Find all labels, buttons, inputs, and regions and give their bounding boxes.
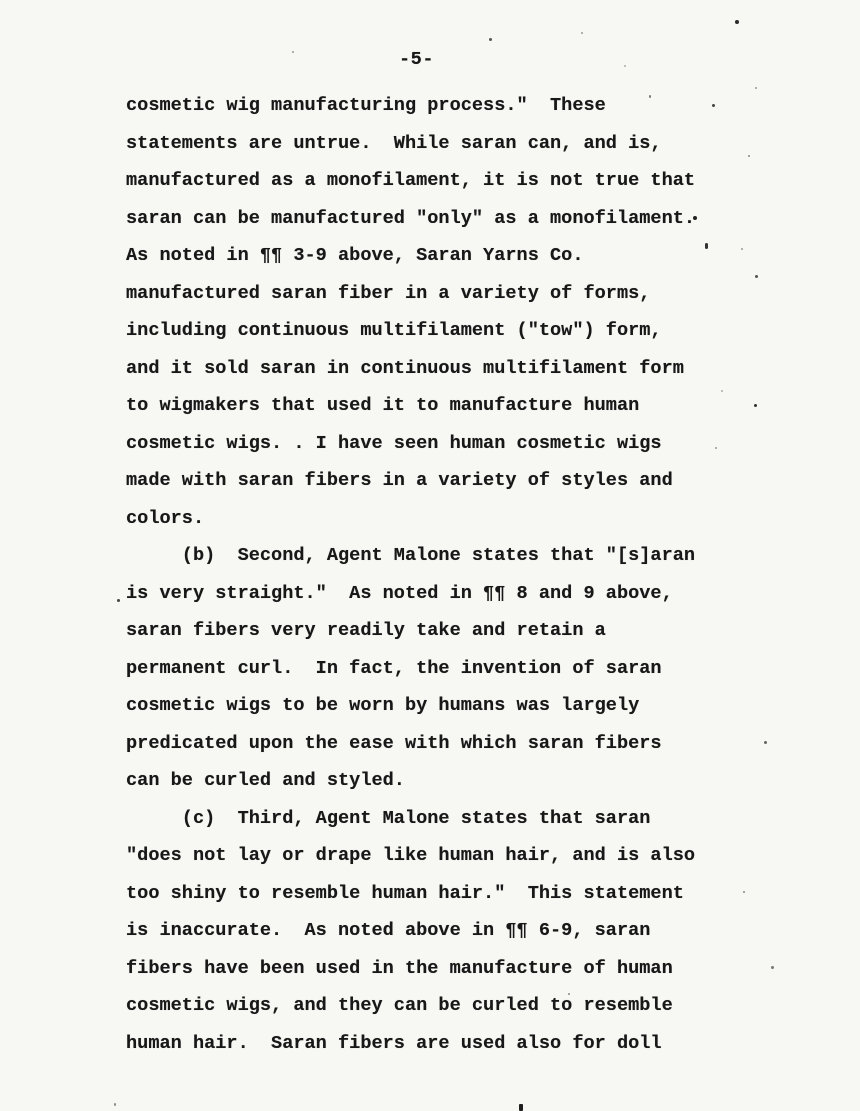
text-line: statements are untrue. While saran can, … — [126, 125, 726, 163]
scan-speck — [721, 390, 723, 392]
scan-speck — [693, 216, 697, 220]
text-line: cosmetic wig manufacturing process." The… — [126, 87, 726, 125]
scan-speck — [755, 275, 758, 278]
text-line: permanent curl. In fact, the invention o… — [126, 650, 726, 688]
text-line: As noted in ¶¶ 3-9 above, Saran Yarns Co… — [126, 237, 726, 275]
scan-speck — [743, 891, 745, 893]
text-line: and it sold saran in continuous multifil… — [126, 350, 726, 388]
text-line: colors. — [126, 500, 726, 538]
text-line: cosmetic wigs to be worn by humans was l… — [126, 687, 726, 725]
text-line: can be curled and styled. — [126, 762, 726, 800]
text-line: cosmetic wigs, and they can be curled to… — [126, 987, 726, 1025]
scan-speck — [771, 966, 774, 969]
scan-speck — [764, 741, 767, 744]
scan-speck — [292, 51, 294, 53]
text-line: (b) Second, Agent Malone states that "[s… — [126, 537, 726, 575]
scan-speck — [117, 599, 120, 602]
scan-speck — [489, 38, 492, 41]
scan-speck — [755, 87, 757, 89]
text-line: saran fibers very readily take and retai… — [126, 612, 726, 650]
text-line: manufactured saran fiber in a variety of… — [126, 275, 726, 313]
scan-speck — [624, 65, 626, 67]
scan-speck — [735, 20, 739, 24]
document-body: cosmetic wig manufacturing process." The… — [126, 87, 726, 1062]
scan-speck — [715, 447, 717, 449]
text-line: cosmetic wigs. . I have seen human cosme… — [126, 425, 726, 463]
scan-speck — [712, 104, 715, 107]
scan-speck — [114, 1103, 116, 1106]
scan-speck — [748, 155, 750, 157]
scan-speck — [741, 248, 743, 250]
text-line: fibers have been used in the manufacture… — [126, 950, 726, 988]
text-line: is very straight." As noted in ¶¶ 8 and … — [126, 575, 726, 613]
text-line: "does not lay or drape like human hair, … — [126, 837, 726, 875]
scan-speck — [581, 32, 583, 34]
text-line: (c) Third, Agent Malone states that sara… — [126, 800, 726, 838]
text-line: saran can be manufactured "only" as a mo… — [126, 200, 726, 238]
scan-speck — [649, 95, 651, 98]
scan-speck — [705, 243, 708, 249]
text-line: including continuous multifilament ("tow… — [126, 312, 726, 350]
text-line: predicated upon the ease with which sara… — [126, 725, 726, 763]
scan-speck — [754, 404, 757, 407]
text-line: made with saran fibers in a variety of s… — [126, 462, 726, 500]
page-number: -5- — [399, 41, 434, 79]
text-line: manufactured as a monofilament, it is no… — [126, 162, 726, 200]
scanned-document-page: -5- cosmetic wig manufacturing process."… — [0, 0, 860, 1111]
text-line: too shiny to resemble human hair." This … — [126, 875, 726, 913]
text-line: to wigmakers that used it to manufacture… — [126, 387, 726, 425]
scan-speck — [568, 993, 570, 995]
text-line: human hair. Saran fibers are used also f… — [126, 1025, 726, 1063]
text-line: is inaccurate. As noted above in ¶¶ 6-9,… — [126, 912, 726, 950]
scan-speck — [519, 1104, 523, 1111]
